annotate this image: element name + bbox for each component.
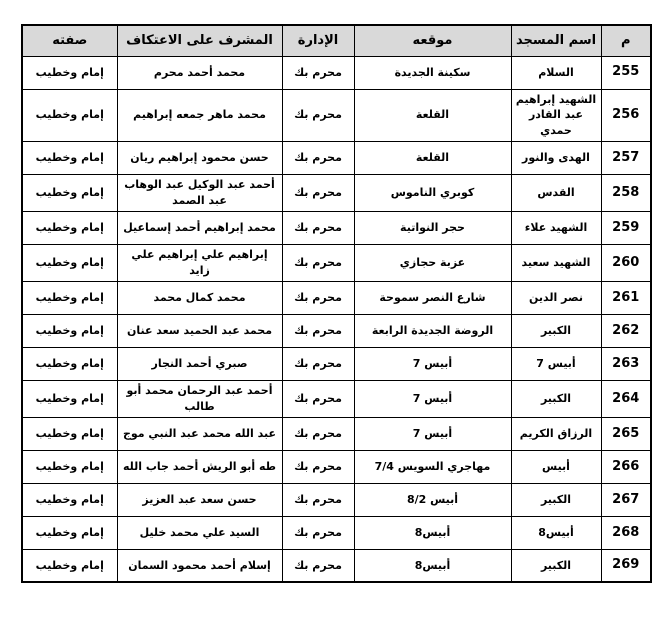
- table-row: 267 الكبير أبيس 8/2 محرم بك حسن سعد عبد …: [22, 483, 651, 516]
- table-row: 262 الكبير الروضة الجديدة الرابعة محرم ب…: [22, 315, 651, 348]
- cell-mosque: الشهيد إبراهيم عبد القادر حمدي: [511, 89, 601, 142]
- cell-supervisor: طه أبو الريش أحمد جاب الله: [117, 450, 282, 483]
- table-row: 268 أبيس8 أبيس8 محرم بك السيد علي محمد خ…: [22, 516, 651, 549]
- cell-location: أبيس 7: [354, 348, 511, 381]
- cell-role: إمام وخطيب: [22, 348, 117, 381]
- col-header-role: صفته: [22, 25, 117, 56]
- cell-num: 263: [601, 348, 651, 381]
- cell-supervisor: إسلام أحمد محمود السمان: [117, 549, 282, 582]
- cell-supervisor: صبري أحمد النجار: [117, 348, 282, 381]
- cell-admin: محرم بك: [282, 245, 354, 282]
- cell-mosque: الكبير: [511, 549, 601, 582]
- cell-role: إمام وخطيب: [22, 315, 117, 348]
- cell-admin: محرم بك: [282, 417, 354, 450]
- cell-mosque: القدس: [511, 175, 601, 212]
- col-header-location: موقعه: [354, 25, 511, 56]
- cell-num: 269: [601, 549, 651, 582]
- cell-location: كوبري الناموس: [354, 175, 511, 212]
- cell-role: إمام وخطيب: [22, 417, 117, 450]
- cell-admin: محرم بك: [282, 450, 354, 483]
- cell-admin: محرم بك: [282, 89, 354, 142]
- cell-supervisor: أحمد عبد الرحمان محمد أبو طالب: [117, 381, 282, 418]
- cell-supervisor: السيد علي محمد خليل: [117, 516, 282, 549]
- col-header-num: م: [601, 25, 651, 56]
- cell-role: إمام وخطيب: [22, 142, 117, 175]
- cell-role: إمام وخطيب: [22, 450, 117, 483]
- cell-num: 257: [601, 142, 651, 175]
- cell-role: إمام وخطيب: [22, 89, 117, 142]
- table-row: 255 السلام سكينة الجديدة محرم بك محمد أح…: [22, 56, 651, 89]
- header-row: م اسم المسجد موقعه الإدارة المشرف على ال…: [22, 25, 651, 56]
- cell-admin: محرم بك: [282, 483, 354, 516]
- cell-supervisor: محمد إبراهيم أحمد إسماعيل: [117, 212, 282, 245]
- cell-mosque: الكبير: [511, 483, 601, 516]
- cell-num: 255: [601, 56, 651, 89]
- cell-role: إمام وخطيب: [22, 212, 117, 245]
- cell-location: أبيس8: [354, 549, 511, 582]
- cell-mosque: أبيس8: [511, 516, 601, 549]
- cell-location: أبيس 7: [354, 417, 511, 450]
- cell-supervisor: حسن محمود إبراهيم ريان: [117, 142, 282, 175]
- cell-num: 260: [601, 245, 651, 282]
- cell-mosque: الكبير: [511, 381, 601, 418]
- cell-mosque: أبيس 7: [511, 348, 601, 381]
- cell-role: إمام وخطيب: [22, 175, 117, 212]
- cell-num: 256: [601, 89, 651, 142]
- cell-supervisor: عبد الله محمد عبد النبي موج: [117, 417, 282, 450]
- cell-mosque: الهدى والنور: [511, 142, 601, 175]
- cell-location: عزبة حجازي: [354, 245, 511, 282]
- table-row: 266 أبيس مهاجري السويس 7/4 محرم بك طه أب…: [22, 450, 651, 483]
- table-row: 263 أبيس 7 أبيس 7 محرم بك صبري أحمد النج…: [22, 348, 651, 381]
- cell-role: إمام وخطيب: [22, 483, 117, 516]
- mosques-table-container: م اسم المسجد موقعه الإدارة المشرف على ال…: [23, 24, 652, 583]
- cell-num: 262: [601, 315, 651, 348]
- table-row: 260 الشهيد سعيد عزبة حجازي محرم بك إبراه…: [22, 245, 651, 282]
- cell-supervisor: محمد كمال محمد: [117, 282, 282, 315]
- cell-location: شارع النصر سموحة: [354, 282, 511, 315]
- cell-role: إمام وخطيب: [22, 549, 117, 582]
- table-header: م اسم المسجد موقعه الإدارة المشرف على ال…: [22, 25, 651, 56]
- cell-supervisor: محمد ماهر جمعه إبراهيم: [117, 89, 282, 142]
- cell-mosque: الشهيد علاء: [511, 212, 601, 245]
- cell-location: أبيس 8/2: [354, 483, 511, 516]
- cell-admin: محرم بك: [282, 175, 354, 212]
- cell-role: إمام وخطيب: [22, 516, 117, 549]
- cell-num: 266: [601, 450, 651, 483]
- cell-mosque: الرزاق الكريم: [511, 417, 601, 450]
- table-row: 256 الشهيد إبراهيم عبد القادر حمدي القلع…: [22, 89, 651, 142]
- cell-admin: محرم بك: [282, 282, 354, 315]
- cell-supervisor: حسن سعد عبد العزيز: [117, 483, 282, 516]
- cell-mosque: الكبير: [511, 315, 601, 348]
- cell-num: 265: [601, 417, 651, 450]
- cell-location: الروضة الجديدة الرابعة: [354, 315, 511, 348]
- col-header-mosque: اسم المسجد: [511, 25, 601, 56]
- cell-location: مهاجري السويس 7/4: [354, 450, 511, 483]
- cell-num: 259: [601, 212, 651, 245]
- cell-admin: محرم بك: [282, 142, 354, 175]
- cell-admin: محرم بك: [282, 516, 354, 549]
- cell-supervisor: أحمد عبد الوكيل عبد الوهاب عبد الصمد: [117, 175, 282, 212]
- cell-num: 268: [601, 516, 651, 549]
- cell-role: إمام وخطيب: [22, 245, 117, 282]
- table-row: 257 الهدى والنور القلعة محرم بك حسن محمو…: [22, 142, 651, 175]
- cell-admin: محرم بك: [282, 348, 354, 381]
- table-row: 269 الكبير أبيس8 محرم بك إسلام أحمد محمو…: [22, 549, 651, 582]
- cell-admin: محرم بك: [282, 315, 354, 348]
- table-row: 259 الشهيد علاء حجر النواتية محرم بك محم…: [22, 212, 651, 245]
- cell-location: أبيس 7: [354, 381, 511, 418]
- mosques-table: م اسم المسجد موقعه الإدارة المشرف على ال…: [21, 24, 652, 583]
- col-header-admin: الإدارة: [282, 25, 354, 56]
- cell-location: سكينة الجديدة: [354, 56, 511, 89]
- cell-role: إمام وخطيب: [22, 56, 117, 89]
- table-row: 261 نصر الدين شارع النصر سموحة محرم بك م…: [22, 282, 651, 315]
- cell-role: إمام وخطيب: [22, 282, 117, 315]
- cell-role: إمام وخطيب: [22, 381, 117, 418]
- col-header-supervisor: المشرف على الاعتكاف: [117, 25, 282, 56]
- cell-mosque: نصر الدين: [511, 282, 601, 315]
- cell-num: 267: [601, 483, 651, 516]
- table-row: 258 القدس كوبري الناموس محرم بك أحمد عبد…: [22, 175, 651, 212]
- cell-admin: محرم بك: [282, 549, 354, 582]
- cell-admin: محرم بك: [282, 56, 354, 89]
- cell-location: القلعة: [354, 142, 511, 175]
- cell-location: أبيس8: [354, 516, 511, 549]
- cell-location: حجر النواتية: [354, 212, 511, 245]
- cell-admin: محرم بك: [282, 381, 354, 418]
- cell-mosque: السلام: [511, 56, 601, 89]
- cell-supervisor: محمد أحمد محرم: [117, 56, 282, 89]
- cell-num: 261: [601, 282, 651, 315]
- cell-num: 258: [601, 175, 651, 212]
- table-body: 255 السلام سكينة الجديدة محرم بك محمد أح…: [22, 56, 651, 582]
- cell-mosque: أبيس: [511, 450, 601, 483]
- table-row: 265 الرزاق الكريم أبيس 7 محرم بك عبد الل…: [22, 417, 651, 450]
- table-row: 264 الكبير أبيس 7 محرم بك أحمد عبد الرحم…: [22, 381, 651, 418]
- document-page: { "page": { "background": "#ffffff", "he…: [0, 0, 663, 636]
- cell-mosque: الشهيد سعيد: [511, 245, 601, 282]
- cell-supervisor: إبراهيم علي إبراهيم علي زايد: [117, 245, 282, 282]
- cell-supervisor: محمد عبد الحميد سعد عنان: [117, 315, 282, 348]
- cell-location: القلعة: [354, 89, 511, 142]
- cell-admin: محرم بك: [282, 212, 354, 245]
- cell-num: 264: [601, 381, 651, 418]
